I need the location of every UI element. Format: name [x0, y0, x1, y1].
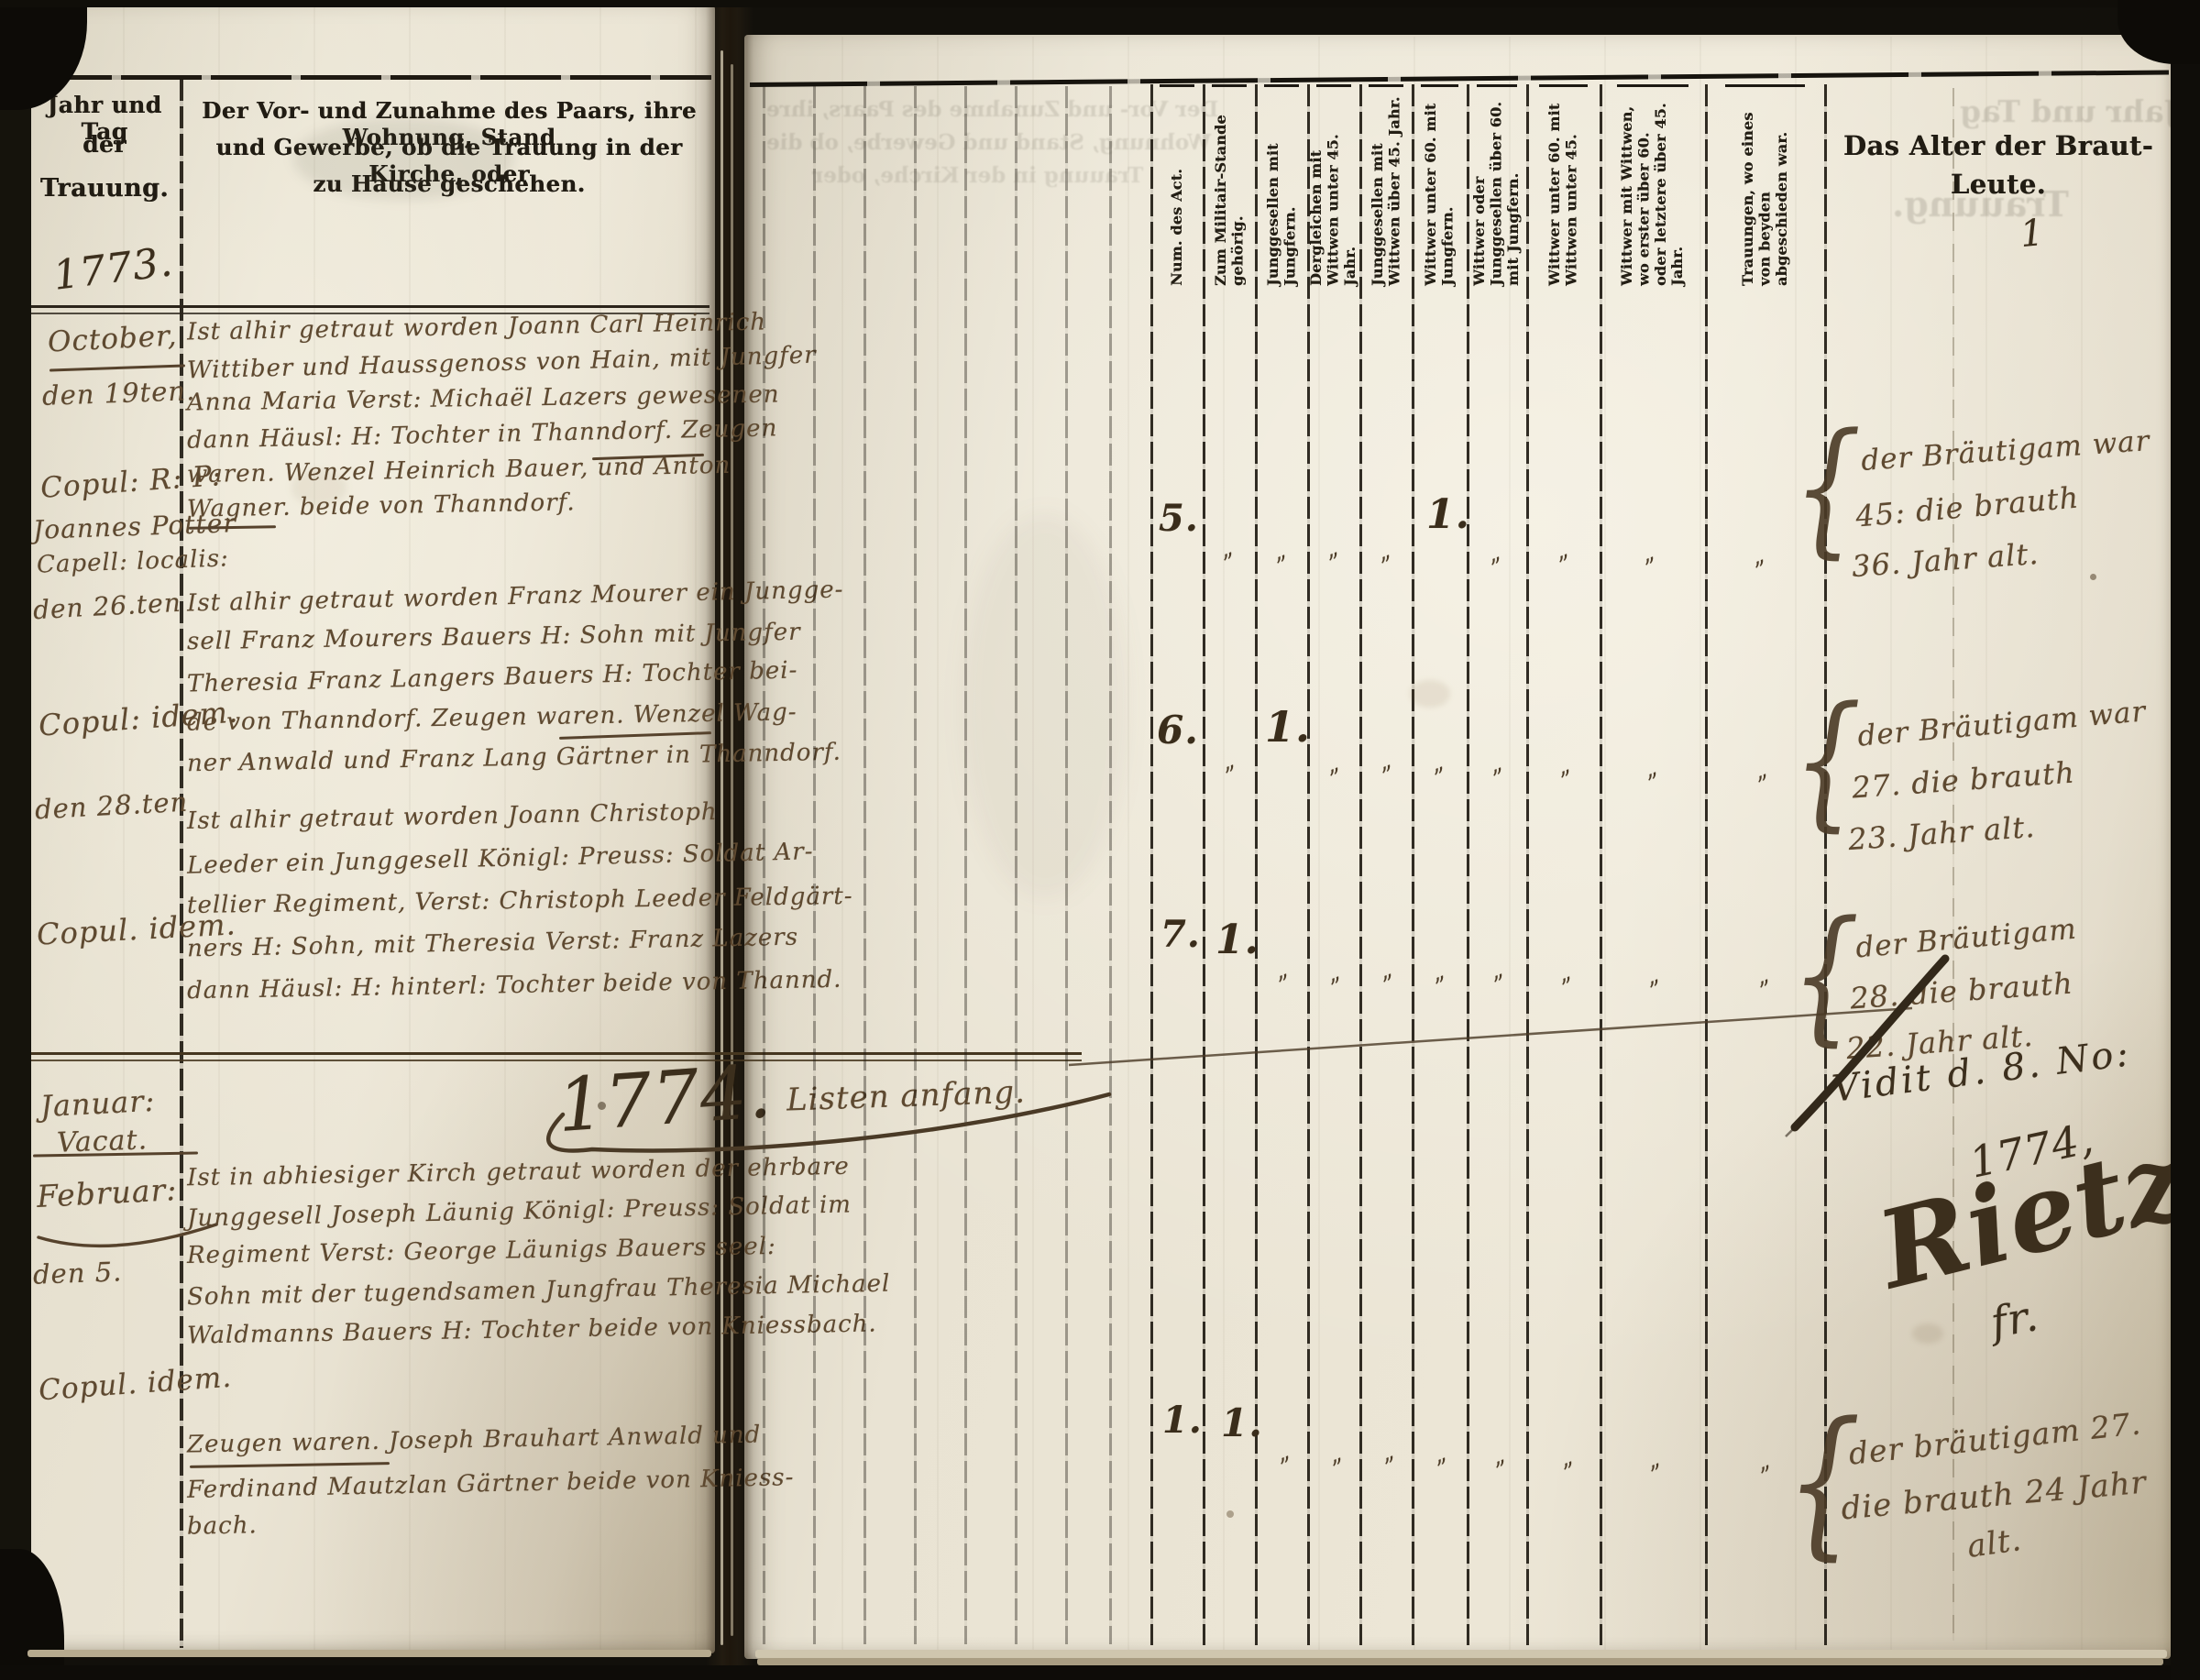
- margin-note-day: den 5.: [32, 1256, 122, 1290]
- margin-note-month: October,: [47, 319, 178, 358]
- column-header-wittwer-ueber60: Wittwer oder Junggesellen über 60. mit J…: [1468, 93, 1526, 288]
- page-stack-edge: [757, 1658, 2163, 1665]
- column-header-junggesellen-jungfern: Junggesellen mit Jungfern.: [1256, 93, 1307, 288]
- main-header-line: zu Hause geschehen.: [187, 170, 711, 197]
- date-column-title-line: Trauung.: [31, 174, 178, 203]
- section-divider-2: [29, 1060, 1082, 1061]
- tally-cell: 1.: [1215, 917, 1259, 963]
- column-header-label: Trauungen, wo eines von beyden abgeschie…: [1740, 93, 1790, 286]
- column-line: [1203, 84, 1205, 1645]
- left-column-divider: [180, 79, 183, 1648]
- signature-suffix: fr.: [1987, 1290, 2042, 1347]
- faint-column-line: [1109, 86, 1112, 1644]
- curly-brace: {: [1793, 401, 1862, 572]
- tally-cell: 1.: [1265, 702, 1311, 752]
- faint-column-line: [1015, 86, 1017, 1644]
- tally-cell: 1.: [1162, 1399, 1203, 1442]
- page-stack-edge: [27, 1650, 711, 1657]
- column-header-label: Junggesellen mit Wittwen über 45. Jahr.: [1369, 93, 1403, 286]
- stray-pen-mark: 1: [2018, 212, 2046, 256]
- entry-line: bach.: [187, 1511, 258, 1540]
- column-header-wittwer-jungfern: Wittwer unter 60. mit Jungfern.: [1413, 93, 1467, 288]
- faint-column-line: [914, 86, 917, 1644]
- column-line: [1467, 84, 1469, 1645]
- faint-column-line: [813, 86, 816, 1644]
- page-stack-edge: [755, 1650, 2167, 1658]
- date-column-title-line: der: [31, 131, 178, 158]
- faint-column-line: [964, 86, 967, 1644]
- bleedthrough-text: Wohnung, Stand und Gewerbe, ob die: [766, 130, 1211, 155]
- faint-column-line: [1065, 86, 1068, 1644]
- tally-cell: 1.: [1221, 1400, 1263, 1445]
- photo-bottom-edge: [0, 1665, 2200, 1680]
- age-column-centerline: [1952, 88, 1954, 1641]
- column-header-num: Num. des Act.: [1151, 93, 1203, 288]
- curly-brace: {: [1786, 1387, 1862, 1575]
- faint-column-line: [863, 86, 866, 1644]
- column-line: [1359, 84, 1362, 1645]
- bleedthrough-text: Jahr und Tag: [1960, 93, 2178, 129]
- column-header-wittwer-wittwen: Wittwer unter 60. mit Wittwen unter 45.: [1527, 93, 1600, 288]
- bleedthrough-text: Trauung in der Kirche, oder: [812, 163, 1143, 188]
- column-header-label: Wittwer unter 60. mit Jungfern.: [1423, 93, 1457, 286]
- section-divider: [29, 1052, 1082, 1055]
- column-header-junggesellen-wittwen: Junggesellen mit Wittwen über 45. Jahr.: [1360, 93, 1412, 288]
- header-bottom-rule: [31, 305, 709, 308]
- photo-top-edge: [0, 0, 2200, 7]
- column-header-geschieden: Trauungen, wo eines von beyden abgeschie…: [1706, 93, 1824, 288]
- age-line: alt.: [1965, 1521, 2025, 1565]
- margin-note-day: den 19ten.: [41, 375, 195, 412]
- column-header-militair: Zum Militair-Stande gehörig.: [1204, 93, 1255, 288]
- column-header-wittwer-wittwen-alt: Wittwer mit Wittwen, wo erster über 60. …: [1600, 93, 1705, 288]
- column-line: [1150, 84, 1153, 1645]
- faint-column-line: [763, 86, 765, 1644]
- column-header-dergleichen-wittwen: Dergleichen mit Wittwen unter 45. Jahr.: [1308, 93, 1359, 288]
- tally-cell: 1.: [1426, 491, 1470, 538]
- bleedthrough-text: Der Vor- und Zunahme des Paars, ihre: [766, 97, 1218, 122]
- curly-brace: {: [1793, 675, 1862, 845]
- margin-note-month: Januar:: [39, 1083, 156, 1125]
- marriage-register-photo: Jahr und Tag der Trauung. Der Vor- und Z…: [0, 0, 2200, 1680]
- column-header-label: Dergleichen mit Wittwen unter 45. Jahr.: [1308, 93, 1358, 286]
- column-line: [1705, 84, 1708, 1645]
- column-header-label: Num. des Act.: [1169, 93, 1185, 286]
- tally-cell: 5.: [1159, 497, 1199, 540]
- column-header-label: Wittwer mit Wittwen, wo erster über 60. …: [1619, 93, 1687, 286]
- margin-note-month: Februar:: [36, 1171, 178, 1214]
- left-top-rule: [31, 75, 711, 80]
- age-header-line: Das Alter der Braut-: [1829, 130, 2168, 161]
- year-1774: 1774.: [555, 1049, 775, 1148]
- column-line: [1600, 84, 1602, 1645]
- column-line: [1526, 84, 1529, 1645]
- tally-cell: 7.: [1160, 913, 1201, 956]
- column-header-label: Zum Militair-Stande gehörig.: [1213, 93, 1247, 286]
- column-header-label: Wittwer oder Junggesellen über 60. mit J…: [1471, 93, 1522, 286]
- book-cover-left-edge: [0, 0, 31, 1680]
- column-header-label: Wittwer unter 60. mit Wittwen unter 45.: [1546, 93, 1580, 286]
- book-cover-right-edge: [2171, 0, 2200, 1680]
- column-header-label: Junggesellen mit Jungfern.: [1265, 93, 1299, 286]
- column-line: [1412, 84, 1414, 1645]
- column-line: [1307, 84, 1310, 1645]
- tally-cell: 6.: [1157, 708, 1199, 752]
